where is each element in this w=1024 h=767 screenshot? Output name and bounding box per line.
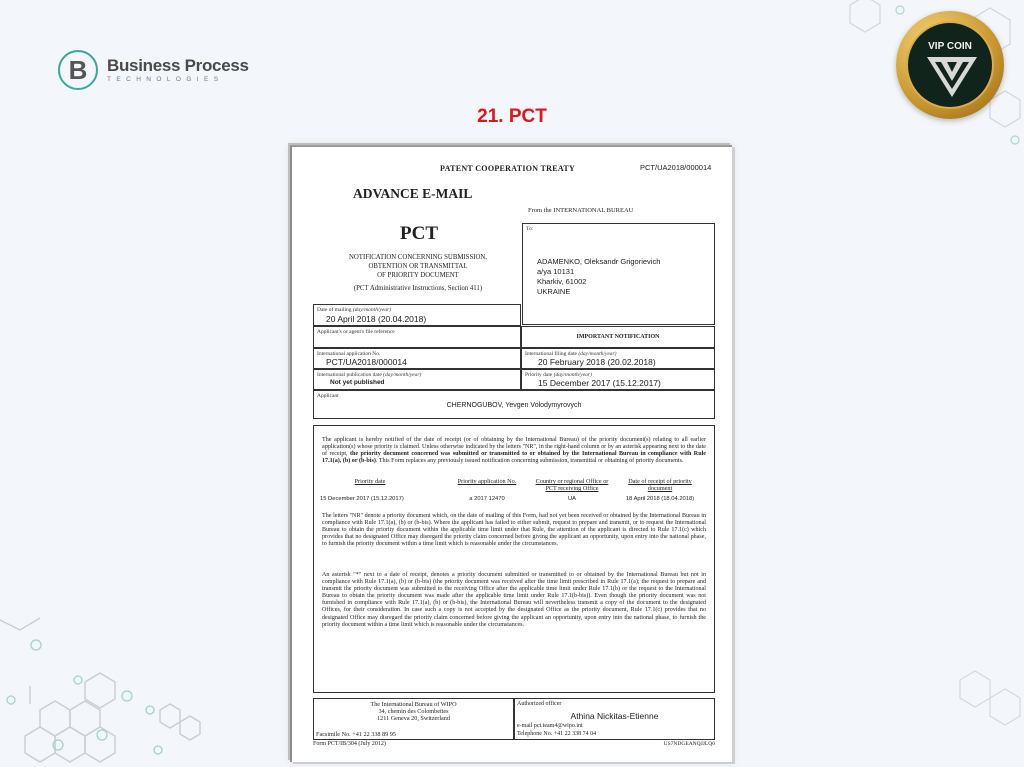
reference-number: PCT/UA2018/000014 xyxy=(640,163,711,172)
address-line: a/ya 10131 xyxy=(537,267,660,277)
pct-document: PATENT COOPERATION TREATY PCT/UA2018/000… xyxy=(290,145,732,762)
file-reference-field: Applicant's or agent's file reference xyxy=(313,326,521,348)
authorized-officer-box: Authorized officer Athina Nickitas-Etien… xyxy=(514,698,715,740)
document-code: US7NDGEANQJJLQ0 xyxy=(652,741,715,747)
priority-table-cell: UA xyxy=(530,496,614,502)
facsimile-number: Facsimile No. +41 22 338 89 95 xyxy=(316,731,396,738)
addressee-address: ADAMENKO, Oleksandr Grigorievich a/ya 10… xyxy=(537,257,660,297)
officer-telephone: Telephone No. +41 22 338 74 04 xyxy=(517,731,596,737)
logo-tagline: TECHNOLOGIES xyxy=(107,76,249,83)
intl-application-no-value: PCT/UA2018/000014 xyxy=(326,357,407,367)
applicant-label: Applicant xyxy=(317,393,339,399)
date-of-mailing-field: Date of mailing (day/month/year) 20 Apri… xyxy=(313,304,521,326)
v-chevron-icon xyxy=(927,57,977,97)
asterisk-paragraph: An asterisk "*" next to a date of receip… xyxy=(322,572,706,629)
intl-publication-date-value: Not yet published xyxy=(330,379,385,386)
priority-table-header: Country or regional Office or PCT receiv… xyxy=(530,478,614,492)
notification-title: NOTIFICATION CONCERNING SUBMISSION, OBTE… xyxy=(322,253,514,280)
applicant-value: CHERNOGUBOV, Yevgen Volodymyrovych xyxy=(314,402,714,409)
date-of-mailing-label: Date of mailing (day/month/year) xyxy=(317,307,391,313)
pct-heading: PCT xyxy=(400,223,438,245)
treaty-heading: PATENT COOPERATION TREATY xyxy=(440,164,575,173)
intl-filing-date-field: International filing date (day/month/yea… xyxy=(521,348,715,369)
priority-table-header: Priority application No. xyxy=(442,478,532,485)
priority-date-field: Priority date (day/month/year) 15 Decemb… xyxy=(521,369,715,390)
to-label: To: xyxy=(526,226,533,232)
bureau-address: The International Bureau of WIPO 34, che… xyxy=(314,701,513,723)
priority-table-cell: 15 December 2017 (15.12.2017) xyxy=(320,496,420,502)
advance-email-heading: ADVANCE E-MAIL xyxy=(353,186,472,202)
authorized-officer-label: Authorized officer xyxy=(517,701,561,707)
applicant-field: Applicant CHERNOGUBOV, Yevgen Volodymyro… xyxy=(313,390,715,419)
slide-title: 21. PCT xyxy=(0,106,1024,128)
priority-table-header: Priority date xyxy=(330,478,410,485)
important-notification-box: IMPORTANT NOTIFICATION xyxy=(521,326,715,348)
instructions-note: (PCT Administrative Instructions, Sectio… xyxy=(322,285,514,292)
notification-title-line: OF PRIORITY DOCUMENT xyxy=(322,271,514,280)
address-line: Kharkiv, 61002 xyxy=(537,277,660,287)
bureau-address-line: 1211 Geneva 20, Switzerland xyxy=(314,715,513,722)
hexagon-pattern-bottom-left xyxy=(0,600,260,767)
bureau-address-box: The International Bureau of WIPO 34, che… xyxy=(313,698,514,740)
address-line: UKRAINE xyxy=(537,287,660,297)
company-logo: B Business Process TECHNOLOGIES xyxy=(58,50,249,90)
intl-publication-date-field: International publication date (day/mont… xyxy=(313,369,521,390)
from-bureau: From the INTERNATIONAL BUREAU xyxy=(528,207,633,214)
date-of-mailing-value: 20 April 2018 (20.04.2018) xyxy=(326,314,426,324)
priority-table-cell: a 2017 12470 xyxy=(442,496,532,502)
intl-filing-date-value: 20 February 2018 (20.02.2018) xyxy=(538,357,656,367)
intl-application-no-field: International application No. PCT/UA2018… xyxy=(313,348,521,369)
logo-mark-icon: B xyxy=(58,50,98,90)
authorized-officer-name: Athina Nickitas-Etienne xyxy=(515,711,714,721)
file-reference-label: Applicant's or agent's file reference xyxy=(317,329,395,335)
logo-letter: B xyxy=(69,57,88,83)
priority-table-cell: 18 April 2018 (18.04.2018) xyxy=(614,496,706,502)
logo-name: Business Process xyxy=(107,57,249,75)
bureau-address-line: The International Bureau of WIPO xyxy=(314,701,513,708)
nr-paragraph: The letters "NR" denote a priority docum… xyxy=(322,513,706,548)
notification-title-line: OBTENTION OR TRANSMITTAL xyxy=(322,262,514,271)
hexagon-pattern-bottom-right xyxy=(860,620,1024,767)
bureau-address-line: 34, chemin des Colombettes xyxy=(314,708,513,715)
vip-coin-badge: VIP COIN xyxy=(896,11,1004,119)
priority-table-header: Date of receipt of priority document xyxy=(620,478,700,492)
intl-publication-date-label: International publication date (day/mont… xyxy=(317,372,421,378)
priority-date-value: 15 December 2017 (15.12.2017) xyxy=(538,378,661,388)
form-number: Form PCT/IB/304 (July 2012) xyxy=(313,741,386,747)
address-line: ADAMENKO, Oleksandr Grigorievich xyxy=(537,257,660,267)
important-notification: IMPORTANT NOTIFICATION xyxy=(522,334,714,340)
intro-paragraph: The applicant is hereby notified of the … xyxy=(322,437,706,465)
officer-email: e-mail pct.team4@wipo.int xyxy=(517,723,583,729)
addressee-box: To: ADAMENKO, Oleksandr Grigorievich a/y… xyxy=(522,223,715,325)
notification-title-line: NOTIFICATION CONCERNING SUBMISSION, xyxy=(322,253,514,262)
coin-label: VIP COIN xyxy=(908,41,992,52)
